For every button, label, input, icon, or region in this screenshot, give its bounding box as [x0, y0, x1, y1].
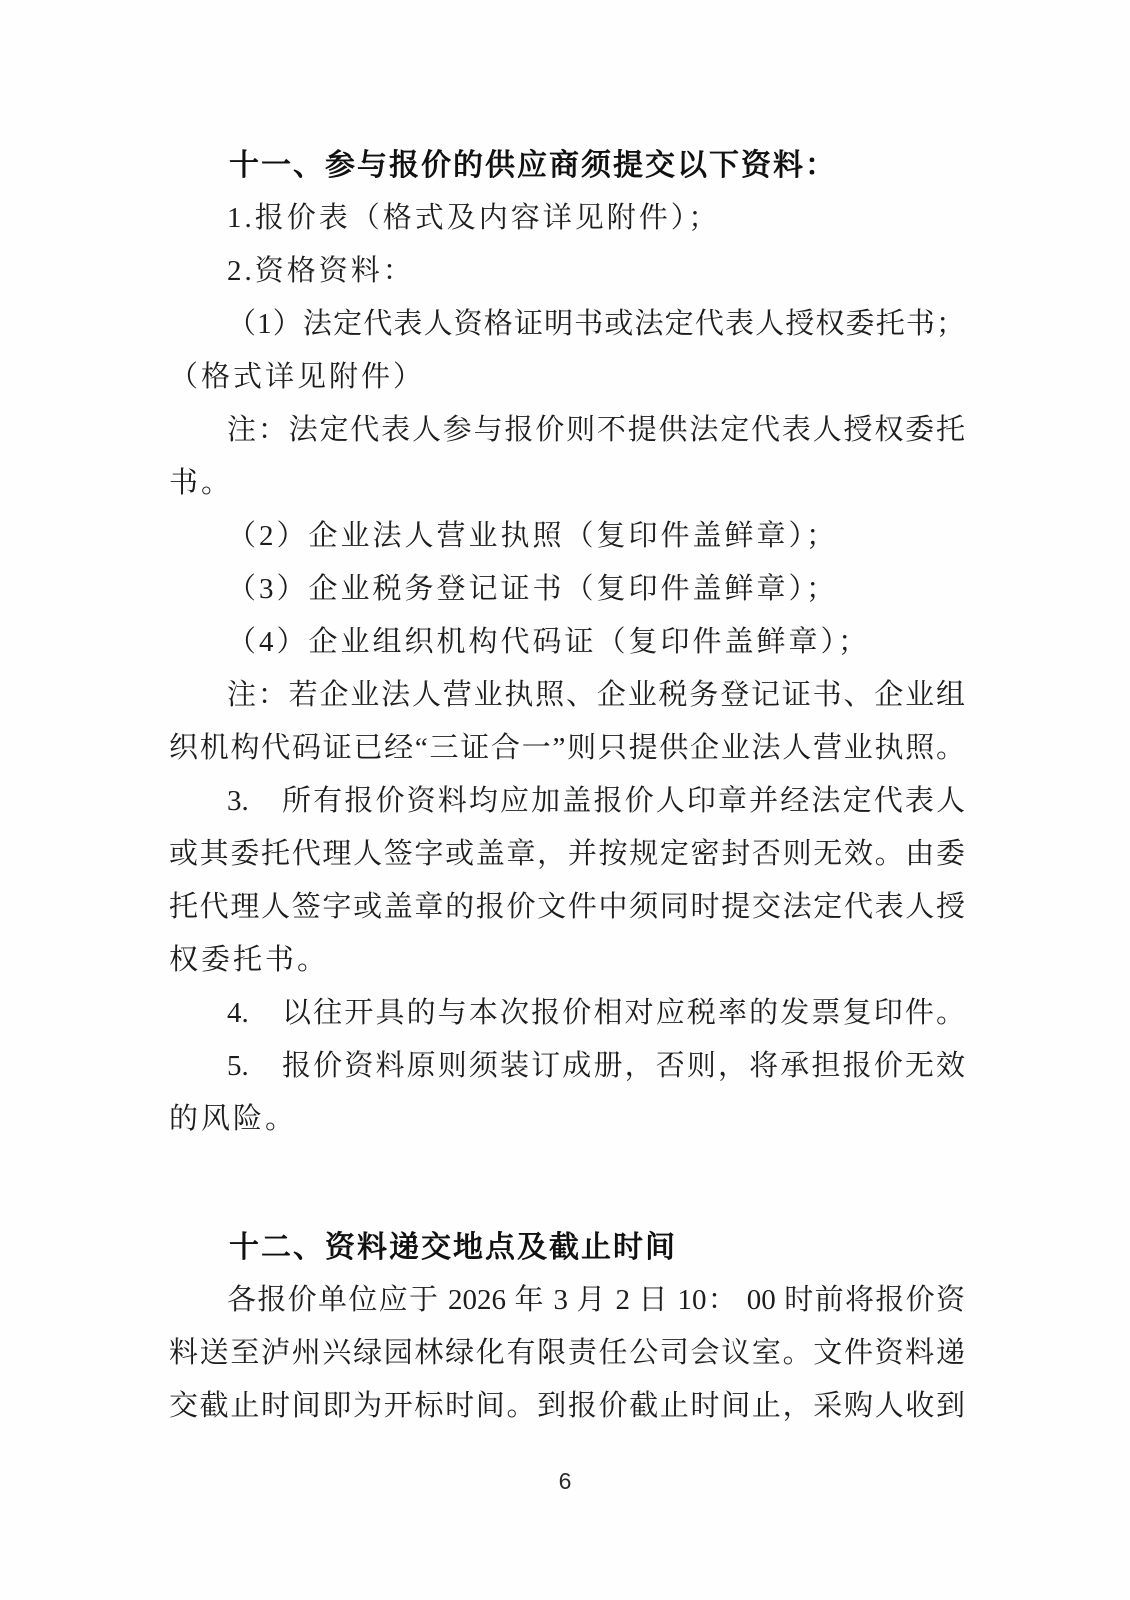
text-line: 3. 所有报价资料均应加盖报价人印章并经法定代表人 [169, 775, 965, 828]
text-line: （2）企业法人营业执照（复印件盖鲜章）； [169, 510, 965, 563]
text-line: 托代理人签字或盖章的报价文件中须同时提交法定代表人授 [169, 881, 965, 934]
text-line: （3）企业税务登记证书（复印件盖鲜章）； [169, 563, 965, 616]
text-line: 5. 报价资料原则须装订成册，否则，将承担报价无效 [169, 1040, 965, 1093]
document-body: 十一、参与报价的供应商须提交以下资料： 1.报价表（格式及内容详见附件）； 2.… [169, 139, 965, 1433]
text-line: （格式详见附件） [169, 351, 965, 404]
text-line: 的风险。 [169, 1093, 965, 1146]
text-line: 织机构代码证已经“三证合一”则只提供企业法人营业执照。 [169, 722, 965, 775]
document-page: 十一、参与报价的供应商须提交以下资料： 1.报价表（格式及内容详见附件）； 2.… [0, 0, 1130, 1600]
text-line: 1.报价表（格式及内容详见附件）； [169, 192, 965, 245]
text-line: 权委托书。 [169, 934, 965, 987]
text-line: 书。 [169, 457, 965, 510]
text-line: 注：若企业法人营业执照、企业税务登记证书、企业组 [169, 669, 965, 722]
text-line: 2.资格资料： [169, 245, 965, 298]
text-line: （1）法定代表人资格证明书或法定代表人授权委托书； [169, 298, 965, 351]
text-line: 或其委托代理人签字或盖章，并按规定密封否则无效。由委 [169, 828, 965, 881]
text-line: （4）企业组织机构代码证（复印件盖鲜章）； [169, 616, 965, 669]
text-line: 4. 以往开具的与本次报价相对应税率的发票复印件。 [169, 987, 965, 1040]
section-heading-12: 十二、资料递交地点及截止时间 [169, 1221, 965, 1274]
section-heading-11: 十一、参与报价的供应商须提交以下资料： [169, 139, 965, 192]
text-line: 各报价单位应于 2026 年 3 月 2 日 10： 00 时前将报价资 [169, 1274, 965, 1327]
page-number: 6 [0, 1468, 1130, 1495]
text-line: 交截止时间即为开标时间。到报价截止时间止，采购人收到 [169, 1380, 965, 1433]
text-line: 注：法定代表人参与报价则不提供法定代表人授权委托 [169, 404, 965, 457]
text-line: 料送至泸州兴绿园林绿化有限责任公司会议室。文件资料递 [169, 1327, 965, 1380]
